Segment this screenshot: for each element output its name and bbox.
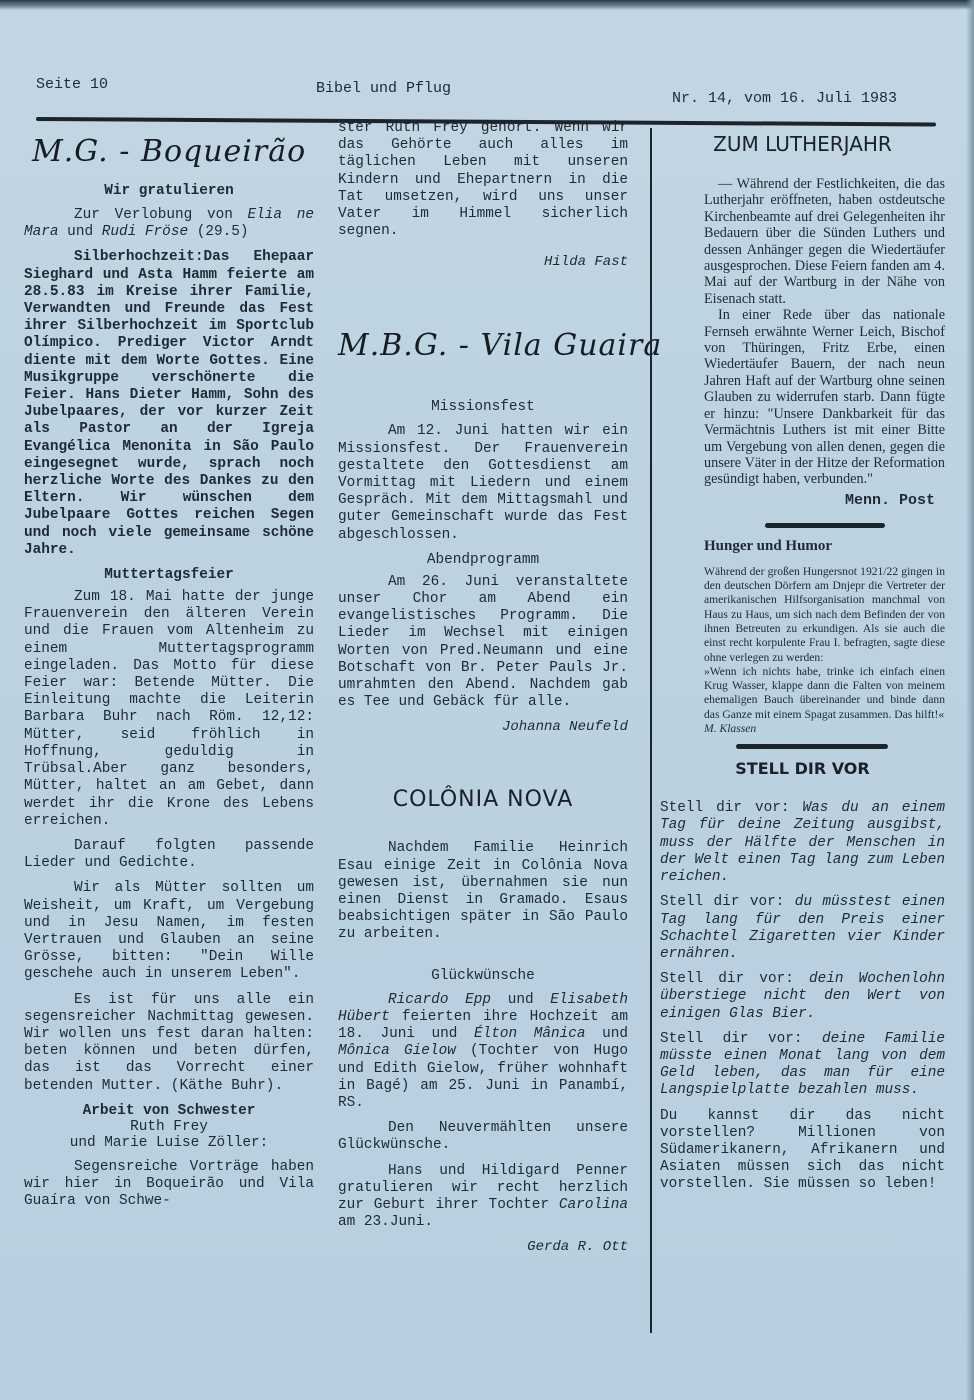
name-elton-manica: Élton Mânica (474, 1026, 586, 1042)
hunger-quote: »Wenn ich nichts habe, trinke ich einfac… (704, 665, 945, 722)
stell-item-lead: Stell dir vor: (660, 1031, 822, 1047)
wishes-p1: Ricardo Epp und Elisabeth Hübert feierte… (338, 992, 628, 1112)
luther-title: ZUM LUTHERJAHR (660, 132, 945, 156)
work-heading-line-3: und Marie Luise Zöller: (24, 1135, 314, 1151)
page-number: Seite 10 (36, 76, 108, 93)
wishes-heading: Glückwünsche (338, 968, 628, 984)
mission-heading: Missionsfest (338, 399, 628, 415)
section-title-boqueirao: M.G. - Boqueirão (32, 134, 314, 169)
evening-text: Am 26. Juni veranstaltete unser Chor am … (338, 574, 628, 712)
newspaper-page: Seite 10 Bibel und Pflug Nr. 14, vom 16.… (0, 0, 974, 1400)
stell-item-lead: Stell dir vor: (660, 800, 803, 816)
engagement-text: Zur Verlobung von Elia ne Mara und Rudi … (24, 207, 314, 241)
luther-p2: In einer Rede über das nationale Fernseh… (704, 307, 945, 487)
engagement-and: und (59, 224, 102, 240)
stell-item: Stell dir vor: Was du an einem Tag für d… (660, 800, 945, 886)
stell-item: Stell dir vor: dein Wochenlohn überstieg… (660, 971, 945, 1023)
stell-item: Stell dir vor: du müsstest einen Tag lan… (660, 894, 945, 963)
text-and: und (491, 992, 550, 1008)
colonia-nova-text: Nachdem Familie Heinrich Esau einige Zei… (338, 840, 628, 943)
stell-title: STELL DIR VOR (660, 759, 945, 778)
section-rule-2 (736, 744, 888, 749)
evening-heading: Abendprogramm (338, 552, 628, 568)
silver-wedding-text: Silberhochzeit:Das Ehepaar Sieghard und … (24, 249, 314, 559)
publication-title: Bibel und Pflug (316, 80, 451, 97)
colonia-nova-title: COLÔNIA NOVA (338, 787, 628, 812)
stell-list: Stell dir vor: Was du an einem Tag für d… (660, 800, 945, 1099)
work-text: Segensreiche Vorträge haben wir hier in … (24, 1159, 314, 1211)
mothers-day-p4: Es ist für uns alle ein segensreicher Na… (24, 992, 314, 1095)
hunger-author: M. Klassen (704, 722, 945, 736)
mothers-day-p2: Darauf folgten passende Lieder und Gedic… (24, 838, 314, 872)
stell-closing: Du kannst dir das nicht vorstellen? Mill… (660, 1108, 945, 1194)
name-ricardo-epp: Ricardo Epp (388, 992, 491, 1008)
section-rule (765, 523, 885, 528)
section-title-vila-guaira: M.B.G. - Vila Guaira (338, 328, 628, 363)
continuation-text: ster Ruth Frey gehört. Wenn wir das Gehö… (338, 120, 628, 240)
stell-item-lead: Stell dir vor: (660, 971, 809, 987)
mothers-day-p1: Zum 18. Mai hatte der junge Frauenverein… (24, 589, 314, 830)
mothers-day-p3: Wir als Mütter sollten um Weisheit, um K… (24, 880, 314, 983)
engagement-name-2: Rudi Fröse (102, 224, 188, 240)
mission-text: Am 12. Juni hatten wir ein Missionsfest.… (338, 423, 628, 543)
luther-p1: — Während der Festlichkeiten, die das Lu… (704, 176, 945, 307)
name-carolina: Carolina (559, 1197, 628, 1213)
engagement-prefix: Zur Verlobung von (74, 207, 248, 223)
congrats-heading: Wir gratulieren (24, 183, 314, 199)
wishes-p2: Den Neuvermählten unsere Glückwünsche. (338, 1120, 628, 1154)
stell-item-lead: Stell dir vor: (660, 894, 795, 910)
byline-hilda-fast: Hilda Fast (338, 254, 628, 270)
name-monica-gielow: Mônica Gielow (338, 1043, 456, 1059)
column-divider (650, 128, 652, 1333)
birth-date: am 23.Juni. (338, 1214, 433, 1230)
middle-column: ster Ruth Frey gehört. Wenn wir das Gehö… (338, 120, 628, 1255)
scan-right-edge (966, 0, 974, 1400)
engagement-date: (29.5) (188, 224, 248, 240)
mothers-day-heading: Muttertagsfeier (24, 567, 314, 583)
wishes-p3: Hans und Hildigard Penner gratulieren wi… (338, 1163, 628, 1232)
stell-item: Stell dir vor: deine Familie müsste eine… (660, 1031, 945, 1100)
work-heading-line-1: Arbeit von Schwester (24, 1103, 314, 1119)
text-and-2: und (586, 1026, 628, 1042)
hunger-p1: Während der großen Hungersnot 1921/22 gi… (704, 565, 945, 665)
right-column: ZUM LUTHERJAHR — Während der Festlichkei… (660, 128, 945, 1194)
left-column: M.G. - Boqueirão Wir gratulieren Zur Ver… (24, 128, 314, 1210)
work-heading-line-2: Ruth Frey (24, 1119, 314, 1135)
hunger-title: Hunger und Humor (704, 538, 945, 555)
luther-source: Menn. Post (704, 492, 945, 509)
scan-top-shadow (0, 0, 974, 10)
byline-gerda-ott: Gerda R. Ott (338, 1239, 628, 1255)
issue-date: Nr. 14, vom 16. Juli 1983 (672, 90, 897, 107)
byline-johanna-neufeld: Johanna Neufeld (338, 719, 628, 735)
